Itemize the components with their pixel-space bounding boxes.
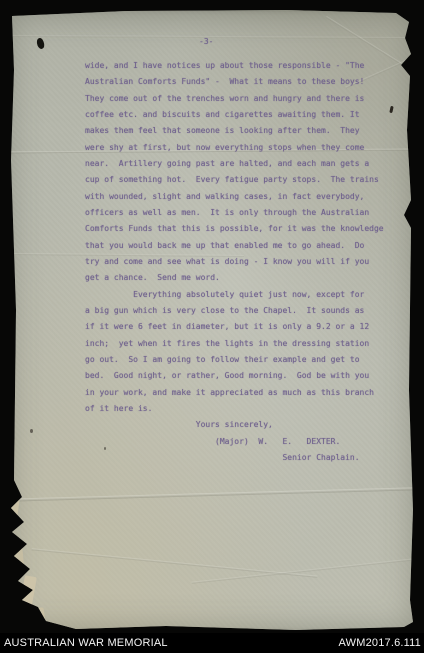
- letter-line: officers as well as men. It is only thro…: [85, 205, 384, 221]
- paper-crease: [6, 487, 416, 501]
- letter-line: Yours sincerely,: [85, 417, 384, 433]
- torn-edge-fibre: [31, 607, 47, 631]
- archive-name-label: AUSTRALIAN WAR MEMORIAL: [4, 637, 168, 649]
- letter-line: Australian Comforts Funds" - What it mea…: [85, 74, 384, 90]
- torn-edge-fibre: [10, 540, 24, 571]
- letter-line: near. Artillery going past are halted, a…: [85, 156, 384, 172]
- letter-line: makes them feel that someone is looking …: [85, 123, 384, 139]
- ink-stain-mark: [35, 37, 46, 50]
- archive-footer-bar: AUSTRALIAN WAR MEMORIAL AWM2017.6.111: [0, 633, 424, 653]
- letter-line: if it were 6 feet in diameter, but it is…: [85, 319, 384, 335]
- letter-line: cup of something hot. Every fatigue part…: [85, 172, 384, 188]
- letter-line: with wounded, slight and walking cases, …: [85, 189, 384, 205]
- letter-line: try and come and see what is doing - I k…: [85, 254, 384, 270]
- page-number: -3-: [199, 34, 213, 50]
- letter-line: were shy at first, but now everything st…: [85, 140, 384, 156]
- letter-line: get a chance. Send me word.: [85, 270, 384, 286]
- letter-line: a big gun which is very close to the Cha…: [85, 303, 384, 319]
- letter-line: wide, and I have notices up about those …: [85, 58, 384, 74]
- letter-line: in your work, and make it appreciated as…: [85, 385, 384, 401]
- scanned-letter-view: -3- wide, and I have notices up about th…: [0, 0, 424, 653]
- letter-line: They come out of the trenches worn and h…: [85, 91, 384, 107]
- letter-line: Everything absolutely quiet just now, ex…: [85, 287, 384, 303]
- item-id-label: AWM2017.6.111: [339, 637, 422, 649]
- letter-line: Comforts Funds that this is possible, fo…: [85, 221, 384, 237]
- letter-line: bed. Good night, or rather, Good morning…: [85, 368, 384, 384]
- paper-crease: [31, 548, 317, 577]
- torn-edge-fibre: [19, 575, 37, 611]
- letter-line: of it here is.: [85, 401, 384, 417]
- letter-line: go out. So I am going to follow their ex…: [85, 352, 384, 368]
- letter-line: Senior Chaplain.: [85, 450, 384, 466]
- letter-line: inch; yet when it fires the lights in th…: [85, 336, 384, 352]
- letter-page: -3- wide, and I have notices up about th…: [6, 10, 416, 632]
- letter-line: (Major) W. E. DEXTER.: [85, 434, 384, 450]
- paper-speck: [30, 429, 33, 433]
- letter-line: coffee etc. and biscuits and cigarettes …: [85, 107, 384, 123]
- paper-crease: [191, 558, 415, 584]
- letter-line: that you would back me up that enabled m…: [85, 238, 384, 254]
- torn-edge-fibre: [6, 497, 20, 524]
- letter-body: wide, and I have notices up about those …: [85, 58, 384, 466]
- paper-speck: [389, 106, 393, 113]
